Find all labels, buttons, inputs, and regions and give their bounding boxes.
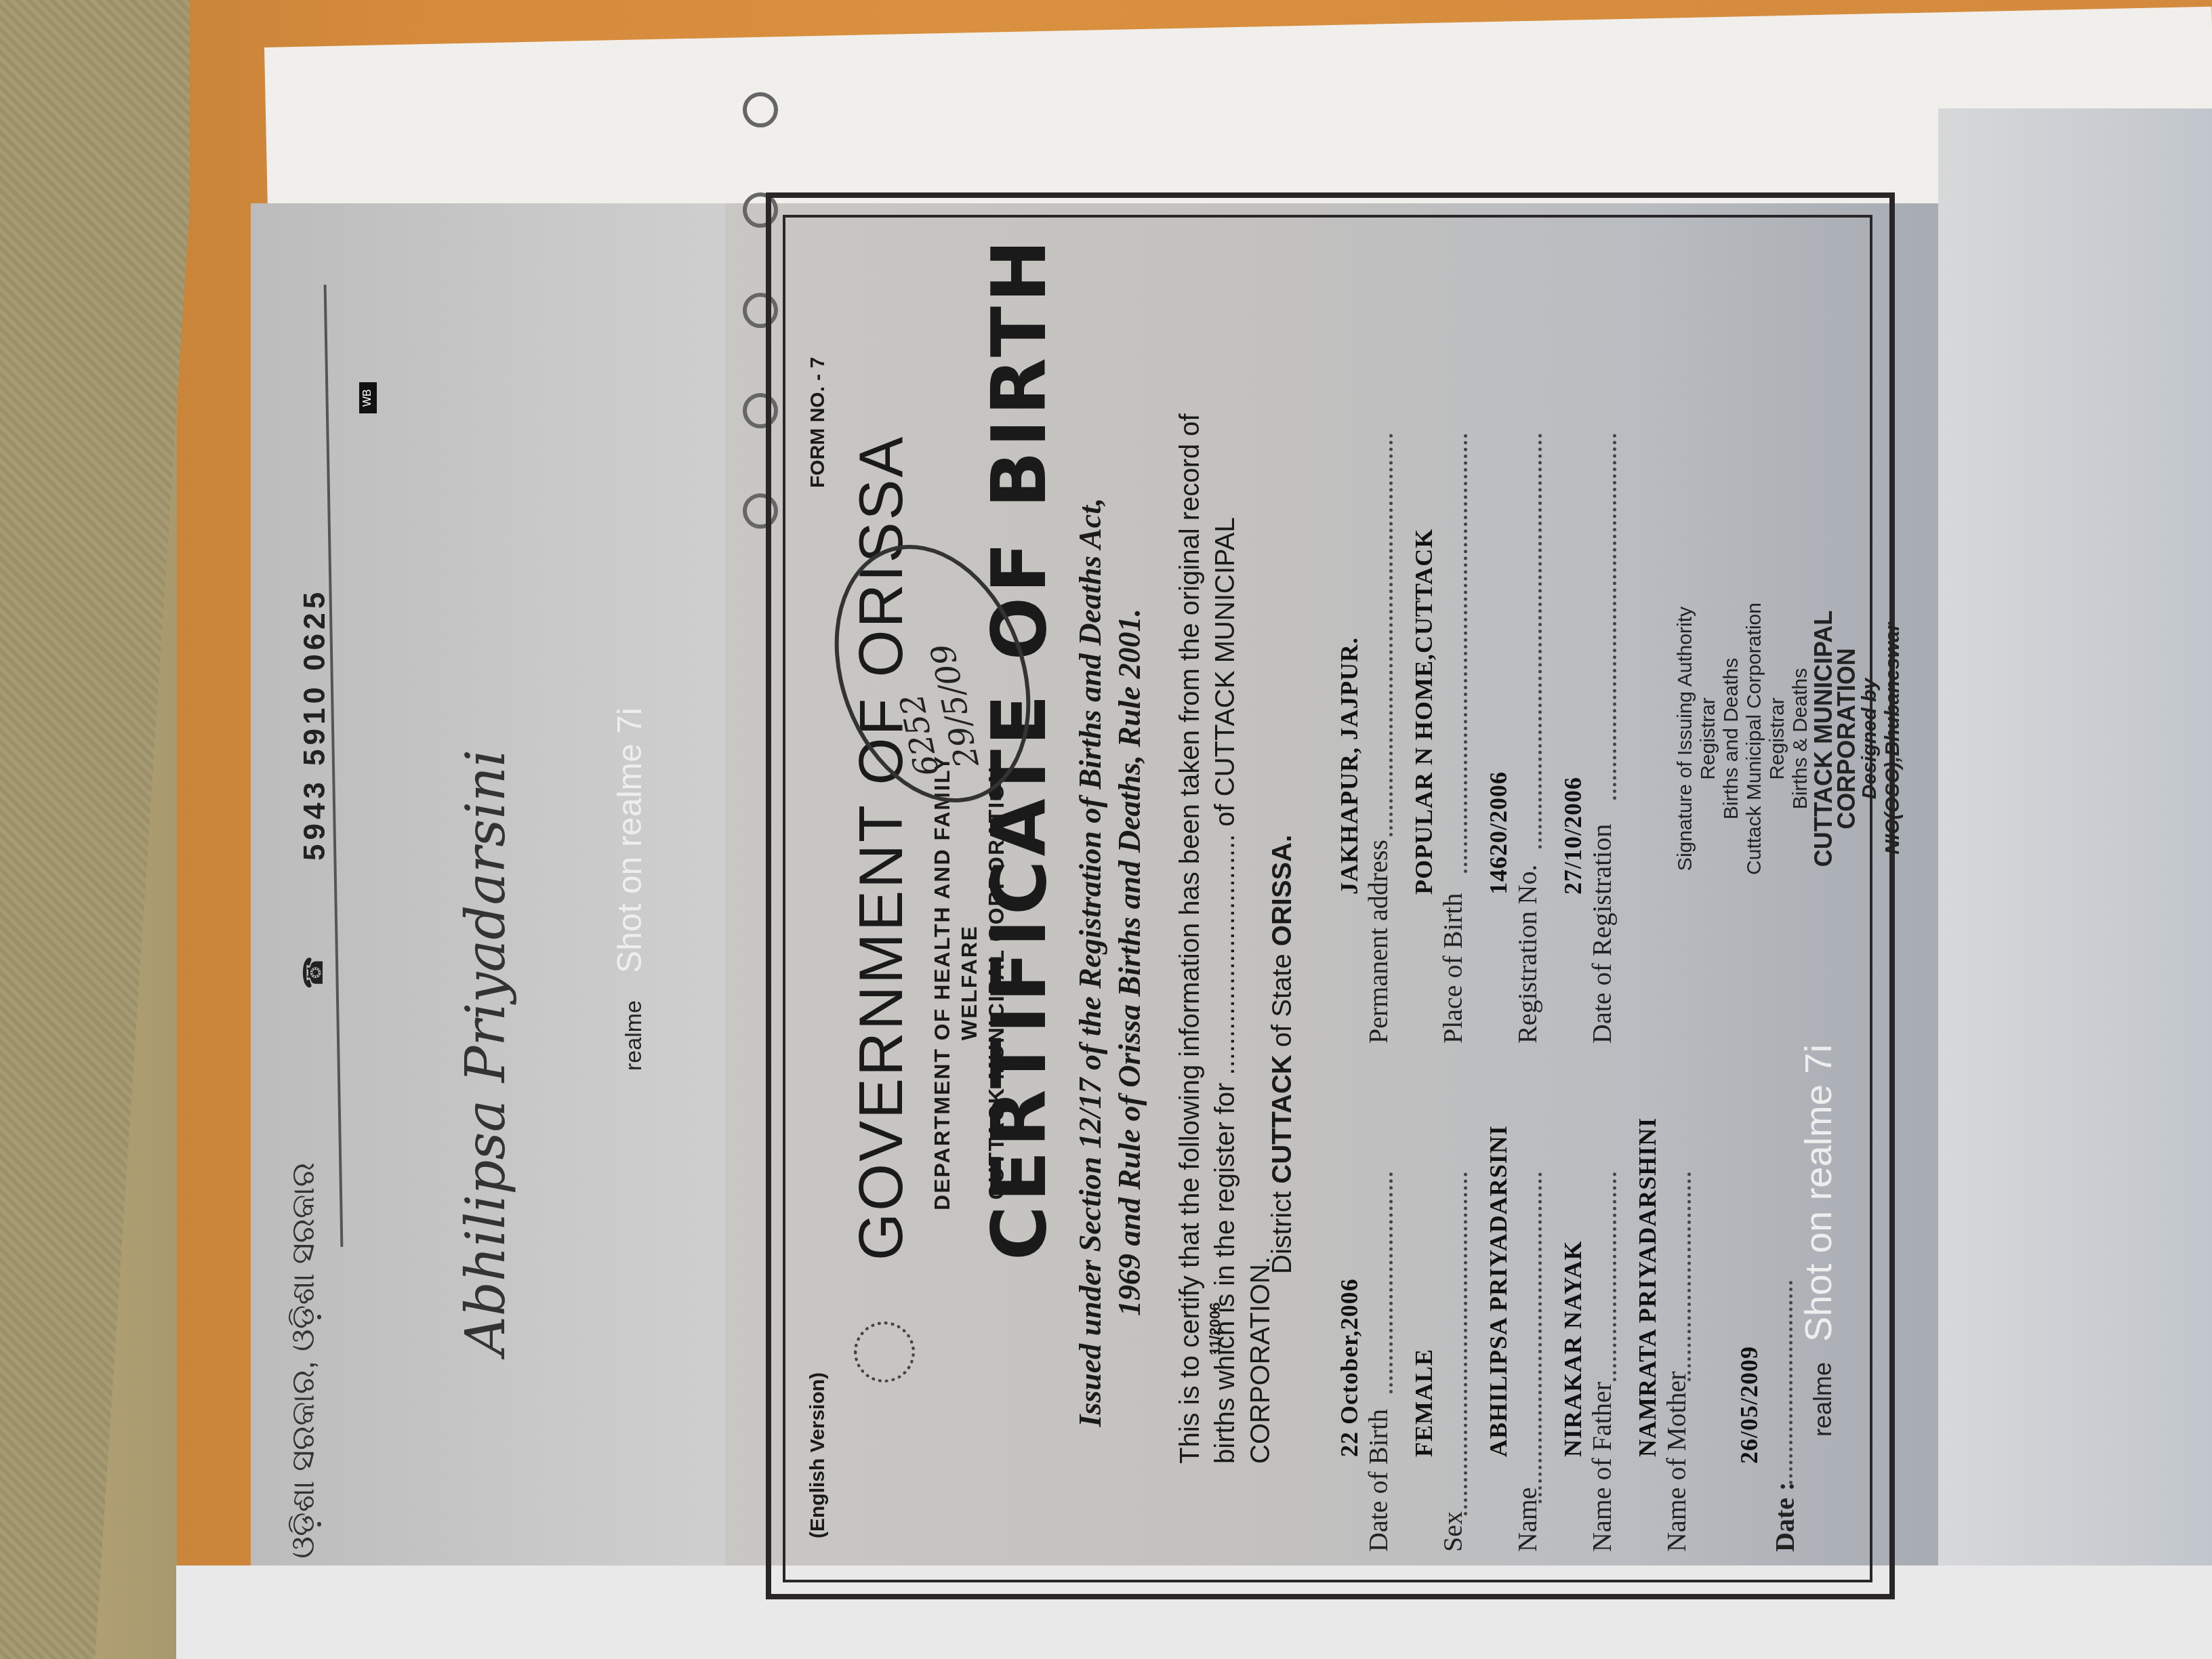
field-label: Place of Birth bbox=[1437, 893, 1469, 1044]
field-value: FEMALE bbox=[1410, 1349, 1438, 1457]
signature-line: Cuttack Municipal Corporation bbox=[1743, 583, 1766, 895]
state-prefix: of State bbox=[1267, 954, 1297, 1047]
field-dots bbox=[1613, 434, 1616, 800]
telephone-icon: ☎ bbox=[298, 956, 329, 989]
field-dots bbox=[1687, 1172, 1691, 1381]
field-label: Name of Father bbox=[1586, 1382, 1618, 1552]
certify-text: This is to certify that the following in… bbox=[1172, 380, 1278, 1464]
district-value: CUTTACK bbox=[1267, 1054, 1297, 1183]
signature-line: Births and Deaths bbox=[1720, 583, 1743, 895]
field-dots bbox=[1389, 1172, 1393, 1393]
register-for-value: 11/2006 bbox=[1206, 1303, 1224, 1355]
field-value: ABHILIPSA PRIYADARSINI bbox=[1484, 1125, 1513, 1457]
watermark-brand: realme bbox=[1809, 1362, 1837, 1437]
designed-by: Designed by NIC(OSC),Bhubaneswar bbox=[1858, 583, 1904, 895]
district-line: District CUTTACK of State ORISSA. bbox=[1267, 835, 1298, 1274]
field-label: Date of Birth bbox=[1362, 1409, 1394, 1552]
signature-line: Signature of Issuing Authority bbox=[1674, 583, 1697, 895]
issued-under-text: Issued under Section 12/17 of the Regist… bbox=[1071, 488, 1149, 1437]
camera-watermark: realmeShot on realme 7i bbox=[610, 708, 649, 1071]
state-emblem-icon bbox=[854, 1322, 915, 1382]
letter-phone: 5943 5910 0625 bbox=[298, 588, 332, 861]
camera-watermark: realmeShot on realme 7i bbox=[1796, 1044, 1840, 1437]
certificate-content: (English Version) FORM NO. - 7 GOVERNMEN… bbox=[739, 81, 1891, 1640]
handwritten-name: Abhilipsa Priyadarsini bbox=[454, 750, 517, 1355]
field-value: 14620/2006 bbox=[1484, 771, 1513, 895]
field-dots bbox=[1464, 1172, 1467, 1515]
field-dots bbox=[1389, 434, 1393, 836]
date-label: Date : bbox=[1769, 1482, 1801, 1552]
watermark-text: Shot on realme 7i bbox=[1797, 1044, 1839, 1342]
field-dots bbox=[1538, 1172, 1542, 1503]
signature-org: CUTTACK MUNICIPAL CORPORATION bbox=[1812, 583, 1858, 895]
field-label: Permanent address bbox=[1362, 840, 1394, 1044]
date-value: 26/05/2009 bbox=[1735, 1346, 1763, 1464]
signature-line: Registrar bbox=[1697, 583, 1720, 895]
signature-line: Registrar bbox=[1766, 583, 1789, 895]
field-value: NAMRATA PRIYADARSHINI bbox=[1633, 1118, 1662, 1457]
field-label: Registration No. bbox=[1511, 865, 1543, 1044]
letter-badge: WB bbox=[359, 382, 377, 413]
field-label: Sex bbox=[1437, 1511, 1469, 1552]
date-dots bbox=[1789, 1281, 1793, 1484]
english-version-label: (English Version) bbox=[806, 1372, 829, 1538]
watermark-brand: realme bbox=[621, 1000, 647, 1071]
field-value: POPULAR N HOME,CUTTACK bbox=[1410, 529, 1438, 895]
signature-line: Births & Deaths bbox=[1789, 583, 1812, 895]
field-value: 22 October,2006 bbox=[1335, 1278, 1364, 1457]
department-name: DEPARTMENT OF HEALTH AND FAMILY WELFARE bbox=[928, 745, 983, 1220]
letter-header-odia: ଓଡ଼ିଶା ସରକାର, ଓଡ଼ିଶା ସରକାର bbox=[285, 1162, 323, 1559]
signature-block: Signature of Issuing AuthorityRegistrarB… bbox=[1674, 583, 1904, 895]
watermark-text: Shot on realme 7i bbox=[611, 708, 649, 973]
field-value: 27/10/2006 bbox=[1559, 777, 1587, 895]
paper-margin bbox=[1938, 108, 2212, 1599]
field-dots bbox=[1613, 1172, 1616, 1381]
field-label: Date of Registration bbox=[1586, 824, 1618, 1044]
field-dots bbox=[1464, 434, 1467, 873]
form-number: FORM NO. - 7 bbox=[806, 357, 829, 488]
field-value: JAKHAPUR, JAJPUR. bbox=[1335, 637, 1364, 895]
district-prefix: District bbox=[1267, 1191, 1297, 1274]
field-label: Name of Mother bbox=[1660, 1371, 1692, 1552]
state-value: ORISSA. bbox=[1267, 835, 1297, 946]
letter-content: ଓଡ଼ିଶା ସରକାର, ଓଡ଼ିଶା ସରକାର ☎ 5943 5910 0… bbox=[258, 217, 732, 1572]
field-dots bbox=[1538, 434, 1542, 848]
field-value: NIRAKAR NAYAK bbox=[1559, 1241, 1587, 1457]
table-cloth bbox=[0, 0, 190, 1659]
